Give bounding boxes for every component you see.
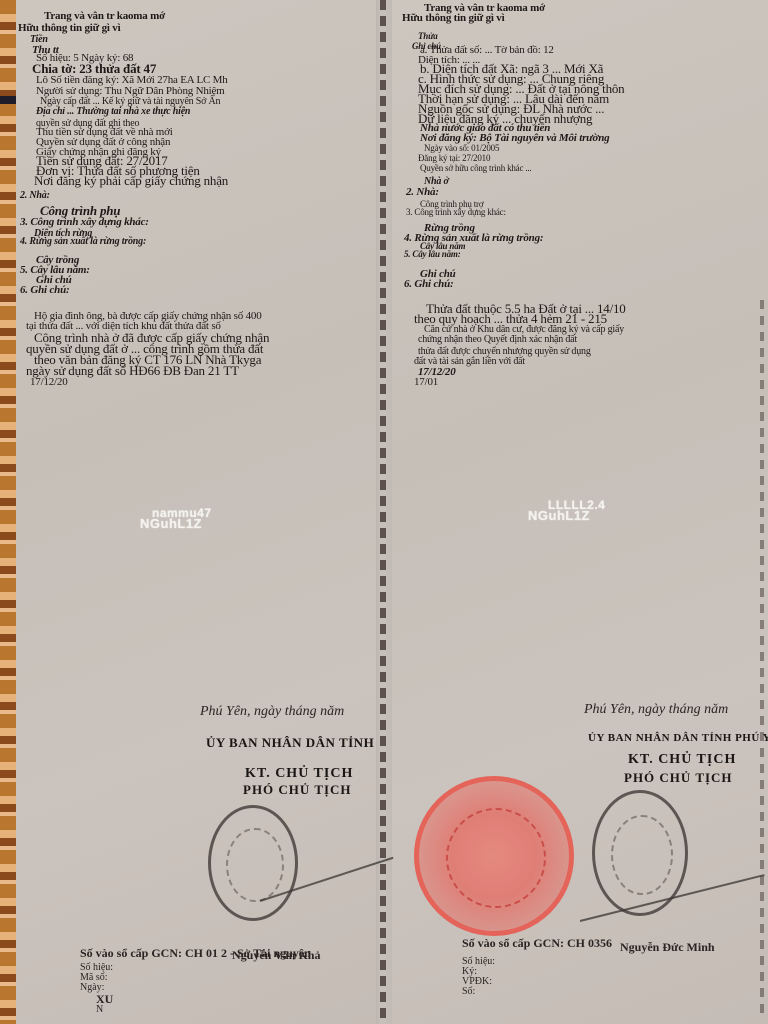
binding-edge xyxy=(0,0,16,1024)
signature-role: KT. CHỦ TỊCH xyxy=(628,752,736,768)
signature-role2: PHÓ CHỦ TỊCH xyxy=(243,782,352,798)
official-seal-stamp xyxy=(208,805,298,921)
red-official-seal-stamp xyxy=(414,776,574,936)
left-signer-name: Nguyễn Văn Khả xyxy=(232,948,320,963)
right-note: chứng nhận theo Quyết định xác nhận đất xyxy=(418,334,577,346)
left-footer-extra: N xyxy=(96,1004,103,1015)
watermark: NGuhL1Z xyxy=(140,516,202,531)
signature-role: KT. CHỦ TỊCH xyxy=(245,766,353,782)
left-line: Địa chỉ ... Thường tai nhà xe thực hiện xyxy=(36,106,190,118)
signature-authority: ỦY BAN NHÂN DÂN TỈNH xyxy=(206,735,374,751)
right-section-title: 5. Cây lâu năm: xyxy=(404,248,461,260)
left-note: 17/12/20 xyxy=(30,376,68,388)
right-note: 17/01 xyxy=(414,376,438,388)
left-header-line: Trang và vân tr kaoma mớ xyxy=(44,10,165,22)
right-section-title: 6. Ghi chú: xyxy=(404,278,453,290)
right-section-title: 2. Nhà: xyxy=(406,186,439,198)
left-header-line: Hữu thông tin giữ gì vì xyxy=(18,22,120,34)
center-gutter xyxy=(376,0,392,1024)
signature-place-date: Phú Yên, ngày tháng năm xyxy=(584,702,728,718)
right-footer-extra: Số: xyxy=(462,986,475,997)
right-cert-number: Số vào sổ cấp GCN: CH 0356 xyxy=(462,936,612,951)
right-edge-perforation xyxy=(760,300,764,1020)
right-line: Quyền sở hữu công trình khác ... xyxy=(420,162,531,174)
signature-place-date: Phú Yên, ngày tháng năm xyxy=(200,704,344,720)
left-section-title: 3. Công trình xây dựng khác: xyxy=(20,216,149,228)
left-section-title: 6. Ghi chú: xyxy=(20,284,69,296)
left-section-title: 2. Nhà: xyxy=(20,190,50,202)
right-header-line: Hữu thông tin giữ gì vì xyxy=(402,12,504,24)
right-section-title: 3. Công trình xây dựng khác: xyxy=(406,206,506,218)
signature-authority: ỦY BAN NHÂN DÂN TỈNH PHÚ YÊN xyxy=(588,732,768,744)
signature-role2: PHÓ CHỦ TỊCH xyxy=(624,770,733,786)
left-section-title: 4. Rừng sản xuất là rừng trồng: xyxy=(20,236,146,248)
left-line: Nơi đăng ký phải cấp giấy chứng nhận xyxy=(34,174,228,188)
right-signer-name: Nguyễn Đức Minh xyxy=(620,940,715,955)
watermark: NGuhL1Z xyxy=(528,508,590,523)
